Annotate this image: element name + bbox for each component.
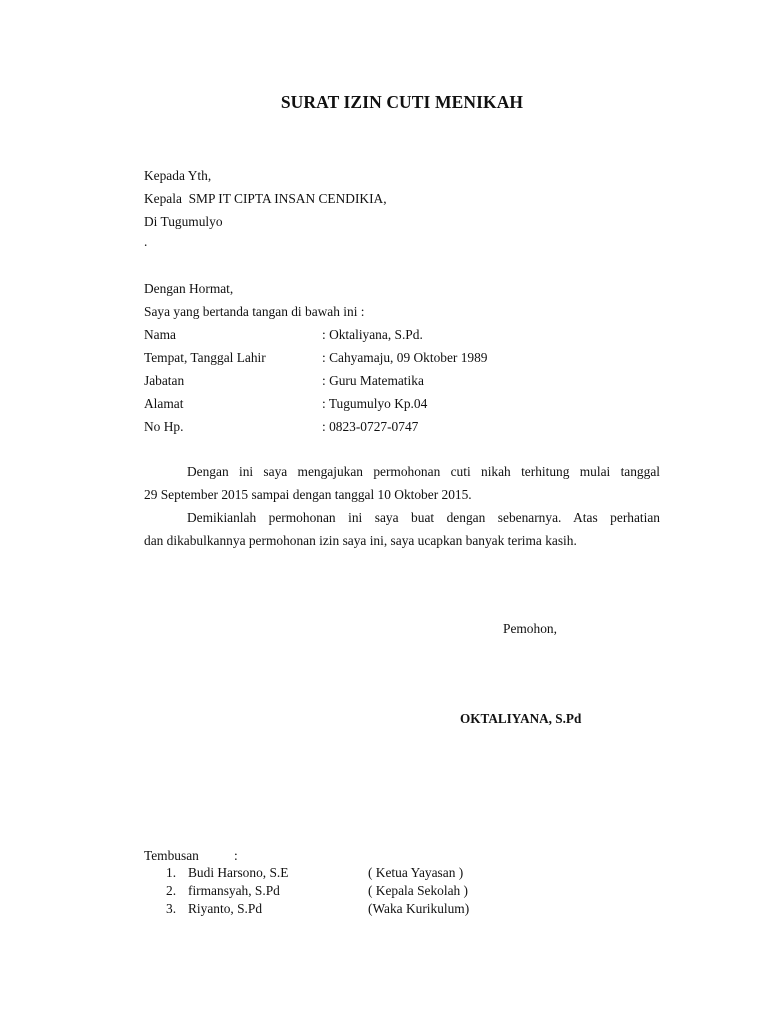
identity-label: No Hp.	[144, 419, 183, 435]
identity-value: : Guru Matematika	[322, 373, 424, 389]
recipient-location: Di Tugumulyo	[144, 214, 223, 230]
paragraph-line: Demikianlah permohonan ini saya buat den…	[144, 506, 660, 529]
cc-item-name: firmansyah, S.Pd	[188, 883, 280, 899]
signature-label: Pemohon,	[503, 621, 557, 637]
body-paragraph-2: Demikianlah permohonan ini saya buat den…	[144, 506, 660, 552]
cc-item-number: 2.	[166, 883, 176, 899]
signature-name: OKTALIYANA, S.Pd	[460, 711, 581, 727]
identity-value: : 0823-0727-0747	[322, 419, 418, 435]
cc-heading: Tembusan	[144, 848, 199, 864]
paragraph-text: Demikianlah permohonan ini saya buat den…	[187, 510, 660, 525]
paragraph-line: Dengan ini saya mengajukan permohonan cu…	[144, 460, 660, 483]
identity-label: Tempat, Tanggal Lahir	[144, 350, 266, 366]
paragraph-line: dan dikabulkannya permohonan izin saya i…	[144, 529, 660, 552]
salutation: Dengan Hormat,	[144, 281, 233, 297]
recipient-greeting: Kepada Yth,	[144, 168, 211, 184]
body-paragraph-1: Dengan ini saya mengajukan permohonan cu…	[144, 460, 660, 506]
document-title: SURAT IZIN CUTI MENIKAH	[0, 92, 768, 113]
identity-value: : Oktaliyana, S.Pd.	[322, 327, 423, 343]
recipient-dot: .	[144, 234, 147, 250]
intro-text: Saya yang bertanda tangan di bawah ini :	[144, 304, 365, 320]
document-page: SURAT IZIN CUTI MENIKAH Kepada Yth, Kepa…	[0, 0, 768, 1024]
identity-label: Alamat	[144, 396, 183, 412]
cc-item-name: Budi Harsono, S.E	[188, 865, 288, 881]
cc-item-role: ( Kepala Sekolah )	[368, 883, 468, 899]
paragraph-text: Dengan ini saya mengajukan permohonan cu…	[187, 464, 660, 479]
cc-item-name: Riyanto, S.Pd	[188, 901, 262, 917]
identity-label: Jabatan	[144, 373, 184, 389]
cc-colon: :	[234, 848, 238, 864]
paragraph-line: 29 September 2015 sampai dengan tanggal …	[144, 483, 660, 506]
identity-value: : Tugumulyo Kp.04	[322, 396, 427, 412]
paragraph-text: 29 September 2015 sampai dengan tanggal …	[144, 487, 472, 502]
identity-value: : Cahyamaju, 09 Oktober 1989	[322, 350, 488, 366]
recipient-position: Kepala SMP IT CIPTA INSAN CENDIKIA,	[144, 191, 387, 207]
cc-item-number: 3.	[166, 901, 176, 917]
paragraph-text: dan dikabulkannya permohonan izin saya i…	[144, 533, 577, 548]
cc-item-number: 1.	[166, 865, 176, 881]
cc-item-role: ( Ketua Yayasan )	[368, 865, 463, 881]
cc-item-role: (Waka Kurikulum)	[368, 901, 469, 917]
identity-label: Nama	[144, 327, 176, 343]
